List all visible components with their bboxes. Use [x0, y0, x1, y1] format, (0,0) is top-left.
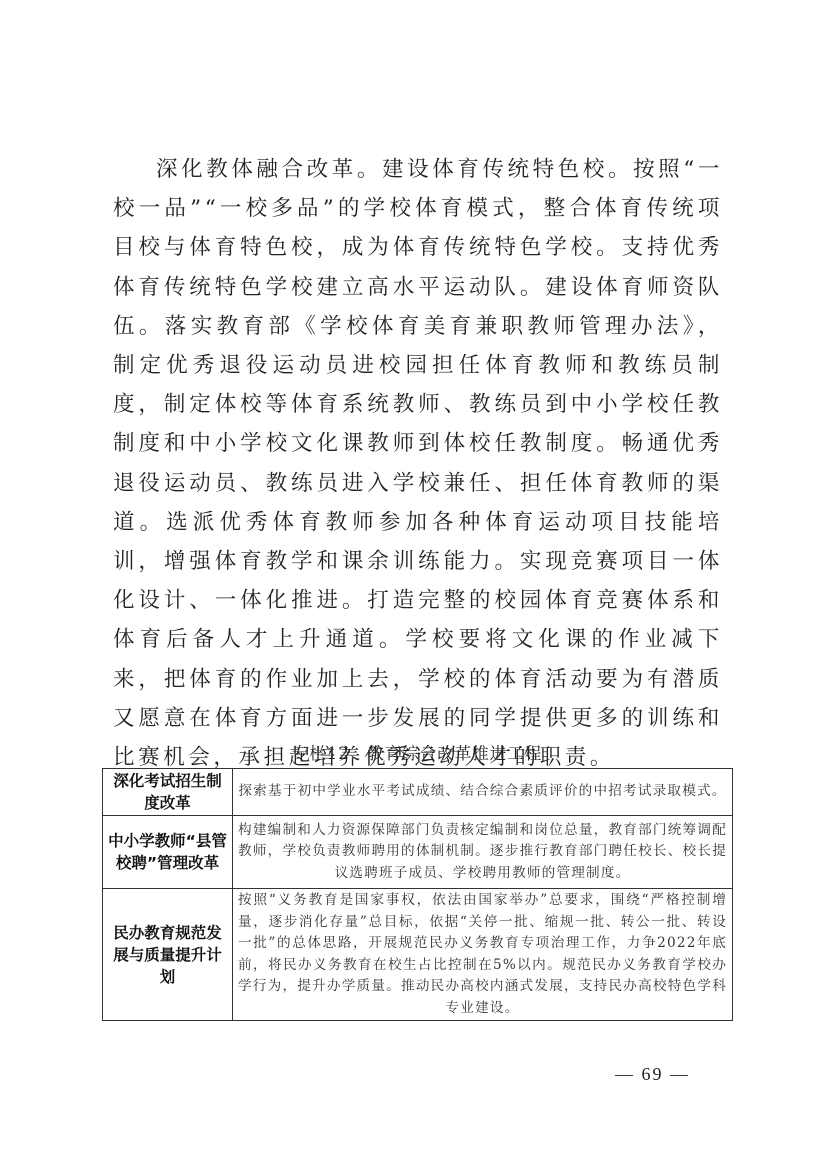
body-paragraph: 深化教体融合改革。建设体育传统特色校。按照“一校一品”“一校多品”的学校体育模式…	[113, 150, 723, 777]
document-page: 深化教体融合改革。建设体育传统特色校。按照“一校一品”“一校多品”的学校体育模式…	[0, 0, 826, 1169]
row-description: 探索基于初中学业水平考试成绩、结合综合素质评价的中招考试录取模式。	[233, 769, 733, 816]
table-row: 深化考试招生制度改革 探索基于初中学业水平考试成绩、结合综合素质评价的中招考试录…	[103, 769, 733, 816]
row-label: 民办教育规范发展与质量提升计划	[103, 889, 233, 1021]
box-caption: 专栏12 教育综合改革推进工程	[102, 742, 732, 766]
table-row: 中小学教师“县管校聘”管理改革 构建编制和人力资源保障部门负责核定编制和岗位总量…	[103, 816, 733, 889]
row-description: 构建编制和人力资源保障部门负责核定编制和岗位总量，教育部门统筹调配教师，学校负责…	[233, 816, 733, 889]
table-row: 民办教育规范发展与质量提升计划 按照“义务教育是国家事权，依法由国家举办”总要求…	[103, 889, 733, 1021]
row-label: 深化考试招生制度改革	[103, 769, 233, 816]
row-label: 中小学教师“县管校聘”管理改革	[103, 816, 233, 889]
page-number: — 69 —	[615, 1064, 690, 1085]
body-text: 深化教体融合改革。建设体育传统特色校。按照“一校一品”“一校多品”的学校体育模式…	[113, 150, 723, 777]
reform-project-table: 深化考试招生制度改革 探索基于初中学业水平考试成绩、结合综合素质评价的中招考试录…	[102, 768, 733, 1021]
row-description: 按照“义务教育是国家事权，依法由国家举办”总要求，围绕“严格控制增量，逐步消化存…	[233, 889, 733, 1021]
